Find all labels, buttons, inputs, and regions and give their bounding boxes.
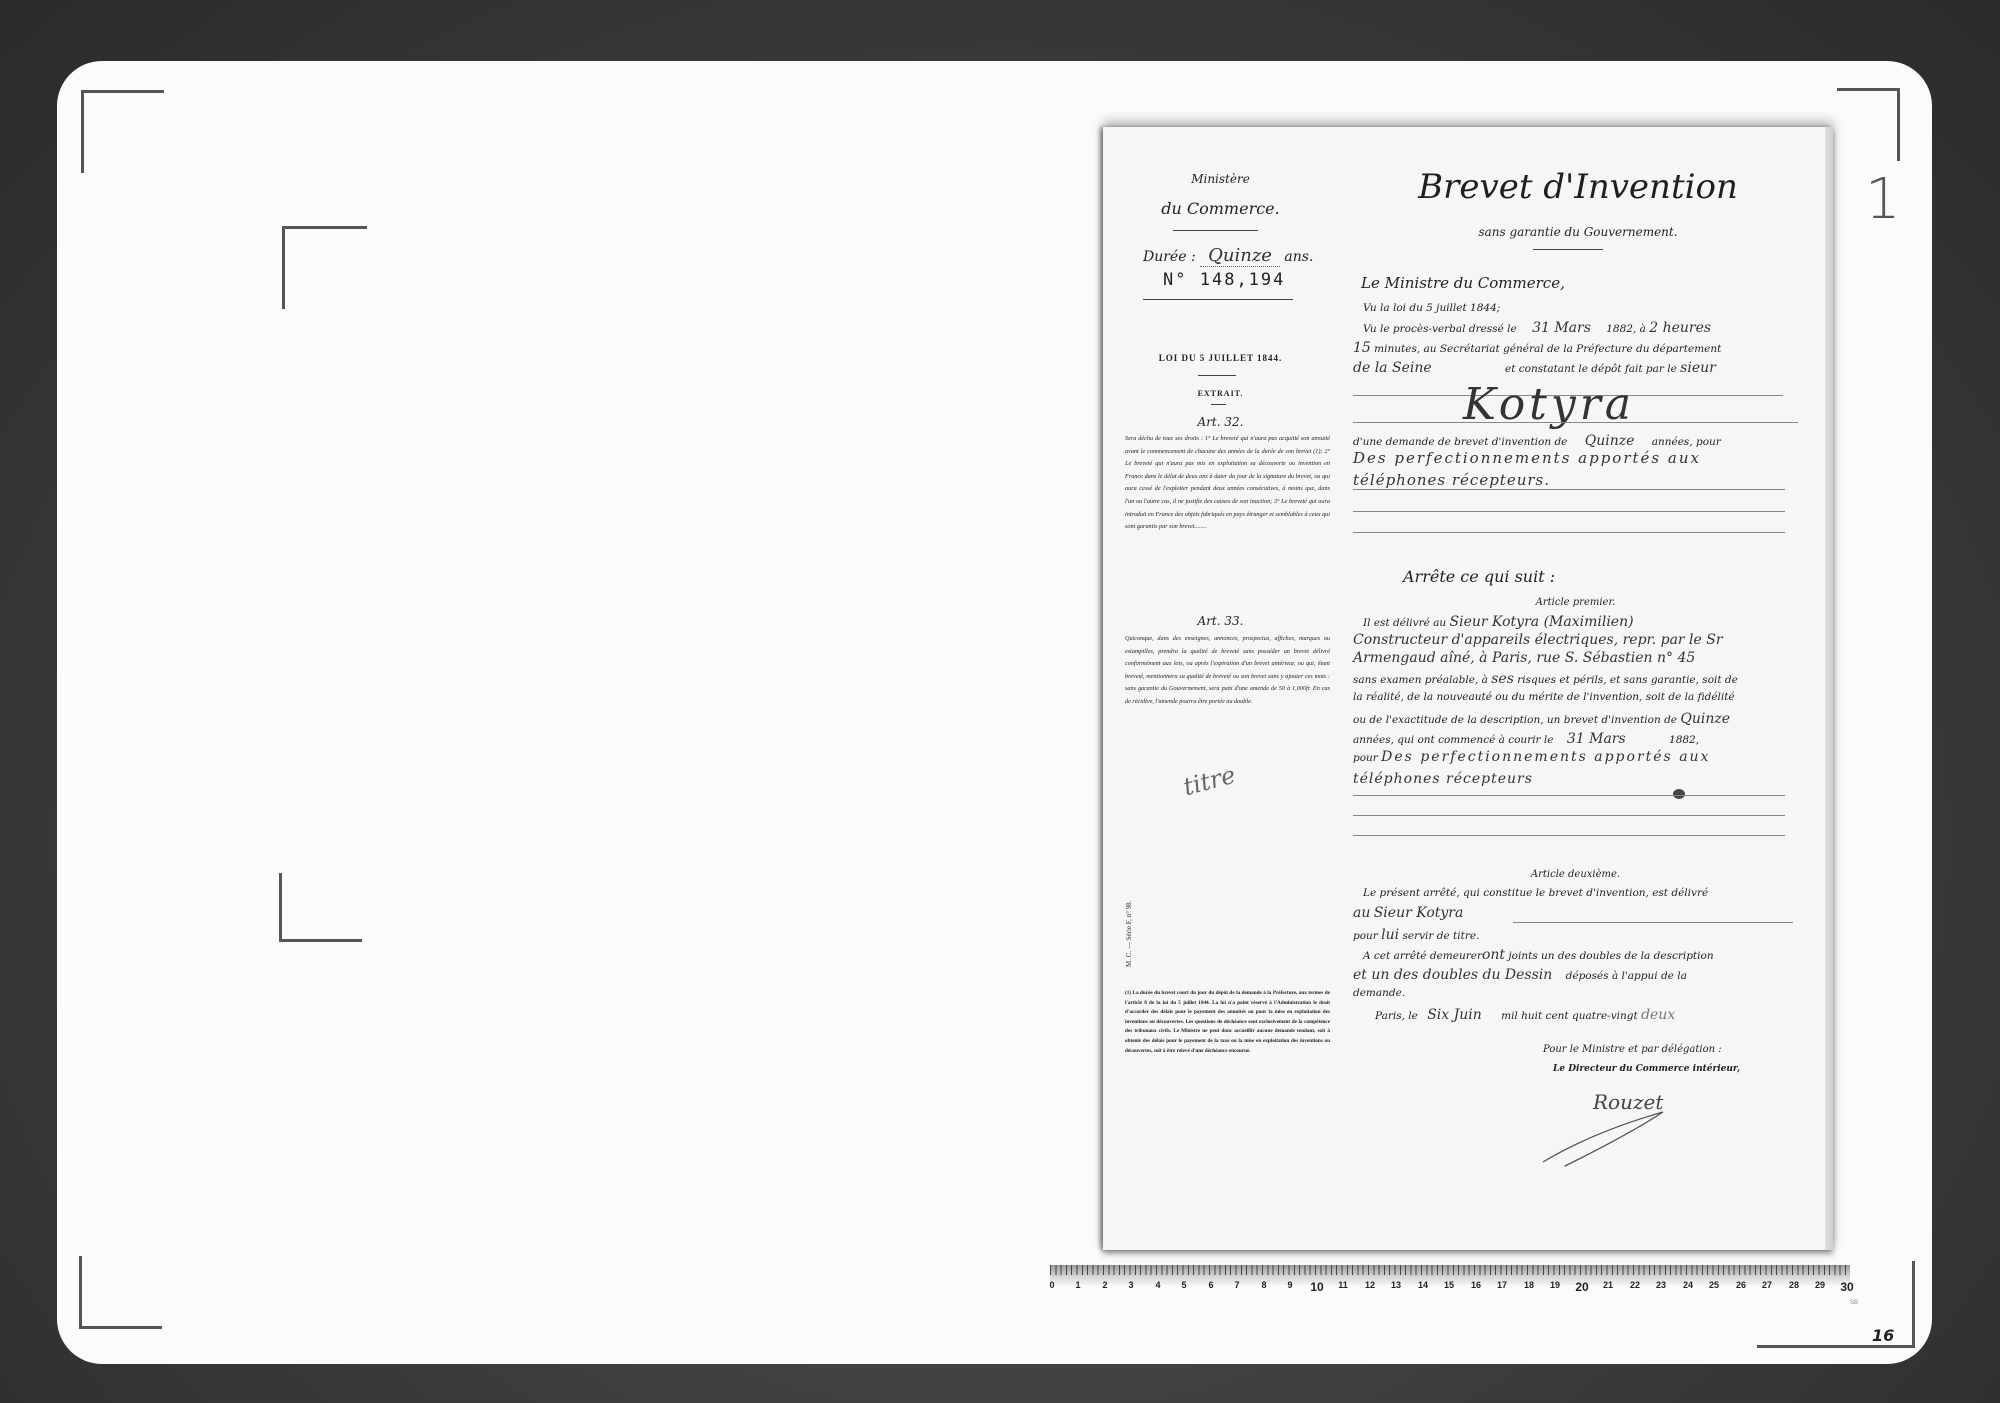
ruler-label: 16 <box>1471 1280 1481 1290</box>
art2-text1: Le présent arrêté, qui constitue le brev… <box>1363 887 1808 899</box>
ruler-label: 28 <box>1789 1280 1799 1290</box>
paris-prefix: Paris, le <box>1375 1010 1418 1022</box>
patent-number: N° 148,194 <box>1163 270 1285 290</box>
art2-name: Sieur Kotyra <box>1374 905 1464 921</box>
blank-line <box>1353 815 1785 816</box>
ruler-label: 11 <box>1338 1280 1348 1290</box>
ruler-label: 17 <box>1497 1280 1507 1290</box>
vu-pv-line: Vu le procès-verbal dressé le 31 Mars 18… <box>1363 320 1808 336</box>
duree-field: Durée : Quinze ans. <box>1143 245 1313 266</box>
ruler-label: 0 <box>1049 1280 1054 1290</box>
art1-name: Sieur Kotyra (Maximilien) <box>1450 614 1634 630</box>
art2-pour-line: pour lui servir de titre. <box>1353 927 1798 943</box>
ruler-label: 30 <box>1840 1280 1853 1294</box>
ruler-label: 13 <box>1391 1280 1401 1290</box>
paris-year-text: mil huit cent quatre-vingt <box>1501 1010 1638 1022</box>
sieur-value: sieur <box>1680 360 1716 376</box>
art1-line2: Constructeur d'appareils électriques, re… <box>1353 632 1798 648</box>
demande-suffix: années, pour <box>1652 436 1721 448</box>
crop-mark-top-left <box>81 90 164 173</box>
sheet-edge <box>1825 127 1833 1250</box>
series-mark: M. C. — Série F, n° 98. <box>1125 901 1133 967</box>
ruler-label: 15 <box>1444 1280 1454 1290</box>
ruler-label: 3 <box>1128 1280 1133 1290</box>
ruler-label: 10 <box>1310 1280 1323 1294</box>
art2-annex-suffix: joints un des doubles de la description <box>1508 950 1713 962</box>
ruler-label: 14 <box>1418 1280 1428 1290</box>
left-column: Ministère du Commerce. Durée : Quinze an… <box>1103 127 1338 1250</box>
paris-date: Six Juin <box>1421 1007 1498 1023</box>
crop-mark-inner-bottom-left <box>279 873 362 942</box>
art1-text1: sans examen préalable, à ses risques et … <box>1353 671 1798 687</box>
art2-annex-line2: et un des doubles du Dessin déposés à l'… <box>1353 967 1798 983</box>
art1-text1-a: sans examen préalable, à <box>1353 674 1488 686</box>
ruler-label: 23 <box>1656 1280 1666 1290</box>
blank-line <box>1353 489 1785 490</box>
vu-pv-prefix: Vu le procès-verbal dressé le <box>1363 323 1517 335</box>
ruler-label: 26 <box>1736 1280 1746 1290</box>
minutes-value: 15 <box>1353 340 1371 356</box>
blank-line <box>1353 835 1785 836</box>
ruler-label: 7 <box>1234 1280 1239 1290</box>
ruler-label: 8 <box>1261 1280 1266 1290</box>
ruler-label: 21 <box>1603 1280 1613 1290</box>
art33-text: Quiconque, dans des enseignes, annonces,… <box>1125 633 1330 709</box>
extrait-label: EXTRAIT. <box>1103 389 1338 398</box>
art2-annex-hw: ont <box>1482 947 1505 963</box>
commerce-label: du Commerce. <box>1103 199 1338 218</box>
art1-duree: Quinze <box>1680 711 1730 727</box>
art1-text4-a: années, qui ont commencé à courir le <box>1353 734 1554 746</box>
article1-title: Article premier. <box>1353 597 1798 608</box>
constatant-text: et constatant le dépôt fait par le <box>1505 363 1677 375</box>
demande-prefix: d'une demande de brevet d'invention de <box>1353 436 1567 448</box>
art1-line3: Armengaud aîné, à Paris, rue S. Sébastie… <box>1353 650 1798 666</box>
ruler-label: 20 <box>1575 1280 1588 1294</box>
art1-objet2: téléphones récepteurs <box>1353 771 1798 787</box>
footnote: (1) La durée du brevet court du jour du … <box>1125 989 1330 1056</box>
objet-line-2: téléphones récepteurs. <box>1353 471 1798 489</box>
ruler-label: 2 <box>1102 1280 1107 1290</box>
pencil-annotation: titre <box>1180 761 1238 802</box>
name-underline <box>1513 922 1793 923</box>
minutes-line: 15 minutes, au Secrétariat général de la… <box>1353 340 1798 356</box>
demande-line: d'une demande de brevet d'invention de Q… <box>1353 433 1798 449</box>
art1-prefix: Il est délivré au <box>1363 617 1446 629</box>
art2-pour-suffix: servir de titre. <box>1403 930 1480 942</box>
numero-label: N° <box>1163 270 1187 290</box>
ruler-label: 29 <box>1815 1280 1825 1290</box>
minutes-text: minutes, au Secrétariat général de la Pr… <box>1374 343 1721 355</box>
duree-value: Quinze <box>1200 245 1280 267</box>
document-title: Brevet d'Invention <box>1353 167 1803 207</box>
signature-flourish <box>1533 1102 1693 1182</box>
art1-line1: Il est délivré au Sieur Kotyra (Maximili… <box>1363 614 1808 630</box>
art2-annex-line2-hw: et un des doubles du Dessin <box>1353 967 1562 983</box>
divider <box>1143 299 1293 300</box>
ruler-label: 4 <box>1155 1280 1160 1290</box>
ruler-label: 18 <box>1524 1280 1534 1290</box>
ruler-label: 12 <box>1365 1280 1375 1290</box>
art1-pour: pour <box>1353 752 1378 764</box>
crop-mark-bottom-left <box>79 1256 162 1329</box>
art2-demande: demande. <box>1353 987 1798 999</box>
ruler-labels: 0 1 2 3 4 5 6 7 8 9 10 11 12 13 14 15 16… <box>1050 1280 1850 1294</box>
numero-value: 148,194 <box>1200 270 1286 290</box>
art1-objet1: pour Des perfectionnements apportés aux <box>1353 749 1798 765</box>
art2-au: au <box>1353 905 1370 921</box>
blank-line <box>1353 795 1785 796</box>
article2-title: Article deuxième. <box>1353 869 1798 880</box>
ruler-label: 22 <box>1630 1280 1640 1290</box>
divider <box>1533 249 1603 250</box>
loi-title: LOI DU 5 JUILLET 1844. <box>1103 353 1338 363</box>
art1-text1-hw: ses <box>1491 671 1514 687</box>
divider <box>1173 230 1258 231</box>
ink-blot <box>1673 789 1685 799</box>
blank-line <box>1353 532 1785 533</box>
paris-date-line: Paris, le Six Juin mil huit cent quatre-… <box>1375 1007 1820 1023</box>
arrete-heading: Arrête ce qui suit : <box>1403 567 1555 586</box>
divider <box>1211 404 1226 405</box>
delegation-text: Pour le Ministre et par délégation : <box>1543 1044 1722 1055</box>
art1-start-year: 1882, <box>1669 734 1699 746</box>
art1-objet1-hw: Des perfectionnements apportés aux <box>1381 749 1710 765</box>
crop-mark-top-right <box>1837 88 1900 161</box>
ruler-label: 27 <box>1762 1280 1772 1290</box>
departement-line: de la Seine et constatant le dépôt fait … <box>1353 360 1798 376</box>
blank-line <box>1353 511 1785 512</box>
vu-pv-hour: 2 heures <box>1649 320 1711 336</box>
ruler-label: 1 <box>1075 1280 1080 1290</box>
minister-heading: Le Ministre du Commerce, <box>1361 274 1565 292</box>
art1-start-date: 31 Mars <box>1557 731 1666 747</box>
vu-pv-year: 1882, à <box>1606 323 1646 335</box>
scale-code: SB <box>1850 1300 1858 1306</box>
document-subtitle: sans garantie du Gouvernement. <box>1353 225 1803 239</box>
art33-title: Art. 33. <box>1103 614 1338 628</box>
ruler-label: 24 <box>1683 1280 1693 1290</box>
ruler-label: 5 <box>1181 1280 1186 1290</box>
art2-annex-prefix: A cet arrêté demeurer <box>1363 950 1482 962</box>
art1-text4: années, qui ont commencé à courir le 31 … <box>1353 731 1798 747</box>
departement-value: de la Seine <box>1353 360 1502 376</box>
ruler-label: 19 <box>1550 1280 1560 1290</box>
art1-text2: la réalité, de la nouveauté ou du mérite… <box>1353 691 1798 703</box>
vu-pv-date: 31 Mars <box>1520 320 1603 336</box>
name-underline <box>1353 422 1798 423</box>
paris-year-hw: deux <box>1641 1007 1675 1023</box>
art1-text3: ou de l'exactitude de la description, un… <box>1353 711 1798 727</box>
crop-mark-inner-top-left <box>282 226 367 309</box>
art2-annex-line2-suffix: déposés à l'appui de la <box>1566 970 1687 982</box>
art1-text3-a: ou de l'exactitude de la description, un… <box>1353 714 1677 726</box>
ministere-label: Ministère <box>1103 172 1338 186</box>
demande-duree: Quinze <box>1571 433 1649 449</box>
ruler-label: 25 <box>1709 1280 1719 1290</box>
vu-loi: Vu la loi du 5 juillet 1844; <box>1363 302 1500 314</box>
art2-annex-line: A cet arrêté demeureront joints un des d… <box>1363 947 1808 963</box>
directeur-text: Le Directeur du Commerce intérieur, <box>1553 1064 1740 1074</box>
art2-pour-prefix: pour <box>1353 930 1378 942</box>
ruler-ticks <box>1050 1265 1850 1275</box>
art1-text1-b: risques et périls, et sans garantie, soi… <box>1517 674 1738 686</box>
patent-document: Ministère du Commerce. Durée : Quinze an… <box>1103 127 1833 1250</box>
art2-pour-hw: lui <box>1381 927 1399 943</box>
vu-loi-line: Vu la loi du 5 juillet 1844; <box>1363 302 1808 314</box>
art32-title: Art. 32. <box>1103 415 1338 429</box>
duree-label: Durée : <box>1143 249 1196 265</box>
art32-text: Sera déchu de tous ses droits : 1° Le br… <box>1125 433 1330 534</box>
frame-number: 16 <box>1872 1326 1894 1345</box>
ruler-label: 9 <box>1287 1280 1292 1290</box>
right-column: Brevet d'Invention sans garantie du Gouv… <box>1353 127 1813 1250</box>
ruler-label: 6 <box>1208 1280 1213 1290</box>
page-number: 1 <box>1865 167 1901 232</box>
objet-line-1: Des perfectionnements apportés aux <box>1353 449 1798 467</box>
art2-name-line: au Sieur Kotyra <box>1353 905 1798 921</box>
duree-unit: ans. <box>1284 249 1313 265</box>
divider <box>1198 375 1236 376</box>
